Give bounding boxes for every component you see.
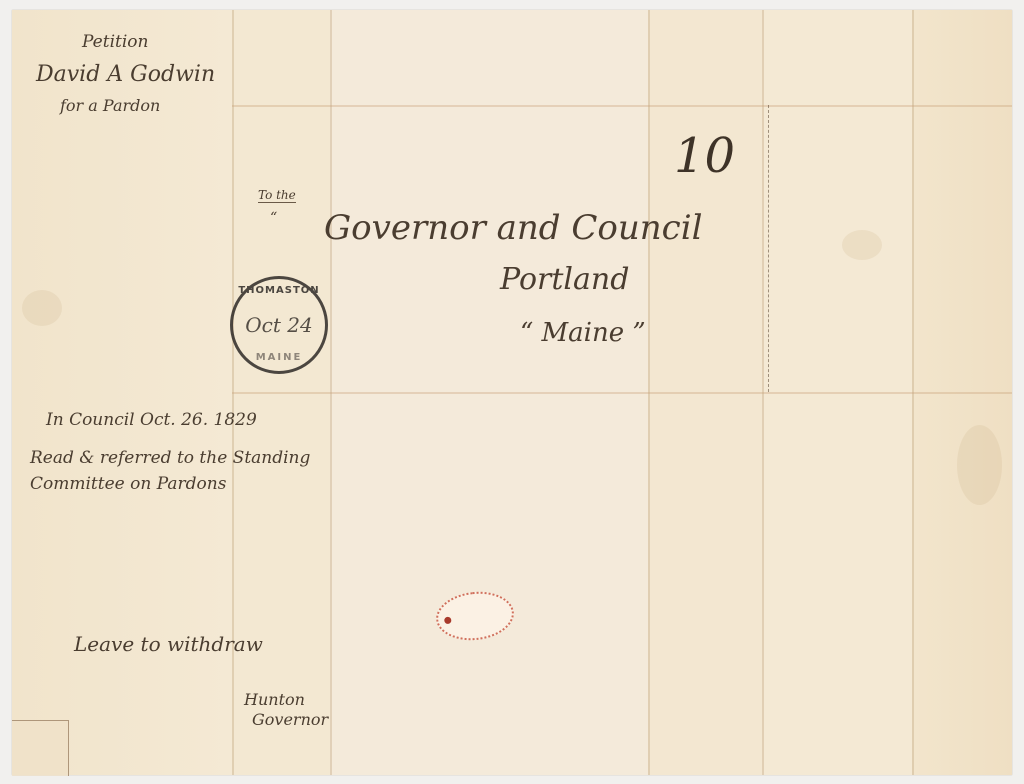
- postmark-stamp: THOMASTON Oct 24 MAINE: [230, 276, 328, 374]
- corner-fold: [12, 720, 69, 776]
- signature-title: Governor: [252, 710, 328, 729]
- stain: [22, 290, 62, 326]
- docket-purpose: for a Pardon: [60, 96, 160, 115]
- disposition-note: Leave to withdraw: [74, 632, 263, 656]
- postage-amount: 10: [674, 128, 735, 184]
- address-to-the: To the: [258, 188, 296, 203]
- address-ditto: “: [270, 210, 277, 226]
- docket-petitioner: David A Godwin: [36, 62, 215, 87]
- council-note-committee: Committee on Pardons: [30, 474, 226, 494]
- docket-title: Petition: [82, 32, 148, 52]
- address-state: “ Maine ”: [520, 318, 646, 348]
- address-addressee: Governor and Council: [324, 208, 702, 248]
- postmark-town: THOMASTON: [233, 285, 325, 296]
- letter-paper: Petition David A Godwin for a Pardon 10 …: [12, 10, 1012, 775]
- fold-line: [232, 392, 1012, 394]
- seal-mark: [444, 617, 452, 625]
- postmark-state: MAINE: [233, 352, 325, 363]
- postmark-date: Oct 24: [233, 313, 325, 337]
- signature-name: Hunton: [244, 690, 305, 709]
- panel-left: [12, 10, 232, 775]
- stain: [957, 425, 1002, 505]
- council-note-date: In Council Oct. 26. 1829: [46, 410, 257, 430]
- address-city: Portland: [500, 262, 629, 297]
- stain: [842, 230, 882, 260]
- council-note-action: Read & referred to the Standing: [30, 448, 310, 468]
